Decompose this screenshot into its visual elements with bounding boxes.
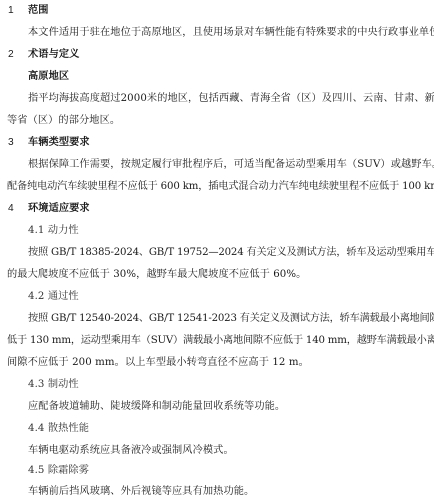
term-heading: 高原地区 xyxy=(0,66,434,88)
subsection-4-5-body-line: 车辆前后挡风玻璃、外后视镜等应具有加热功能。 xyxy=(0,481,434,500)
subsection-4-2-body-line: 间隙不应低于 200 mm。以上车型最小转弯直径不应高于 12 m。 xyxy=(0,352,434,374)
section-2-body-line: 指平均海拔高度超过2000米的地区，包括西藏、青海全省（区）及四川、云南、甘肃、… xyxy=(0,88,434,110)
section-1-heading: 1 范围 xyxy=(0,0,434,22)
subsection-4-2-body-line: 低于 130 mm，运动型乘用车（SUV）满载最小离地间隙不应低于 140 mm… xyxy=(0,330,434,352)
subsection-4-2-body-line: 按照 GB/T 12540-2024、GB/T 12541-2023 有关定义及… xyxy=(0,308,434,330)
section-title: 车辆类型要求 xyxy=(28,132,90,154)
subsection-4-1-body-line: 的最大爬坡度不应低于 30%，越野车最大爬坡度不应低于 60%。 xyxy=(0,264,434,286)
section-2-heading: 2 术语与定义 xyxy=(0,44,434,66)
subsection-4-2-heading: 4.2 通过性 xyxy=(0,286,434,308)
subsection-4-1-body-line: 按照 GB/T 18385-2024、GB/T 19752—2024 有关定义及… xyxy=(0,242,434,264)
subsection-4-5-heading: 4.5 除霜除雾 xyxy=(0,460,434,482)
subsection-4-4-heading: 4.4 散热性能 xyxy=(0,418,434,440)
section-title: 范围 xyxy=(28,0,49,22)
section-4-heading: 4 环境适应要求 xyxy=(0,198,434,220)
section-number: 4 xyxy=(8,198,22,220)
subsection-4-3-body-line: 应配备坡道辅助、陡坡缓降和制动能量回收系统等功能。 xyxy=(0,396,434,418)
section-3-body-line: 根据保障工作需要，按规定履行审批程序后，可适当配备运动型乘用车（SUV）或越野车… xyxy=(0,154,434,176)
subsection-4-1-heading: 4.1 动力性 xyxy=(0,220,434,242)
section-3-body-line: 配备纯电动汽车续驶里程不应低于 600 km，插电式混合动力汽车纯电续驶里程不应… xyxy=(0,176,434,198)
section-2-body-line: 等省（区）的部分地区。 xyxy=(0,110,434,132)
section-3-heading: 3 车辆类型要求 xyxy=(0,132,434,154)
section-1-body-line: 本文件适用于驻在地位于高原地区，且使用场景对车辆性能有特殊要求的中央行政事业单位… xyxy=(0,22,434,44)
term-title: 高原地区 xyxy=(28,66,69,88)
section-number: 2 xyxy=(8,44,22,66)
subsection-4-4-body-line: 车辆电驱动系统应具备液冷或强制风冷模式。 xyxy=(0,440,434,462)
section-title: 环境适应要求 xyxy=(28,198,90,220)
section-title: 术语与定义 xyxy=(28,44,79,66)
section-number: 3 xyxy=(8,132,22,154)
section-number: 1 xyxy=(8,0,22,22)
subsection-4-3-heading: 4.3 制动性 xyxy=(0,374,434,396)
